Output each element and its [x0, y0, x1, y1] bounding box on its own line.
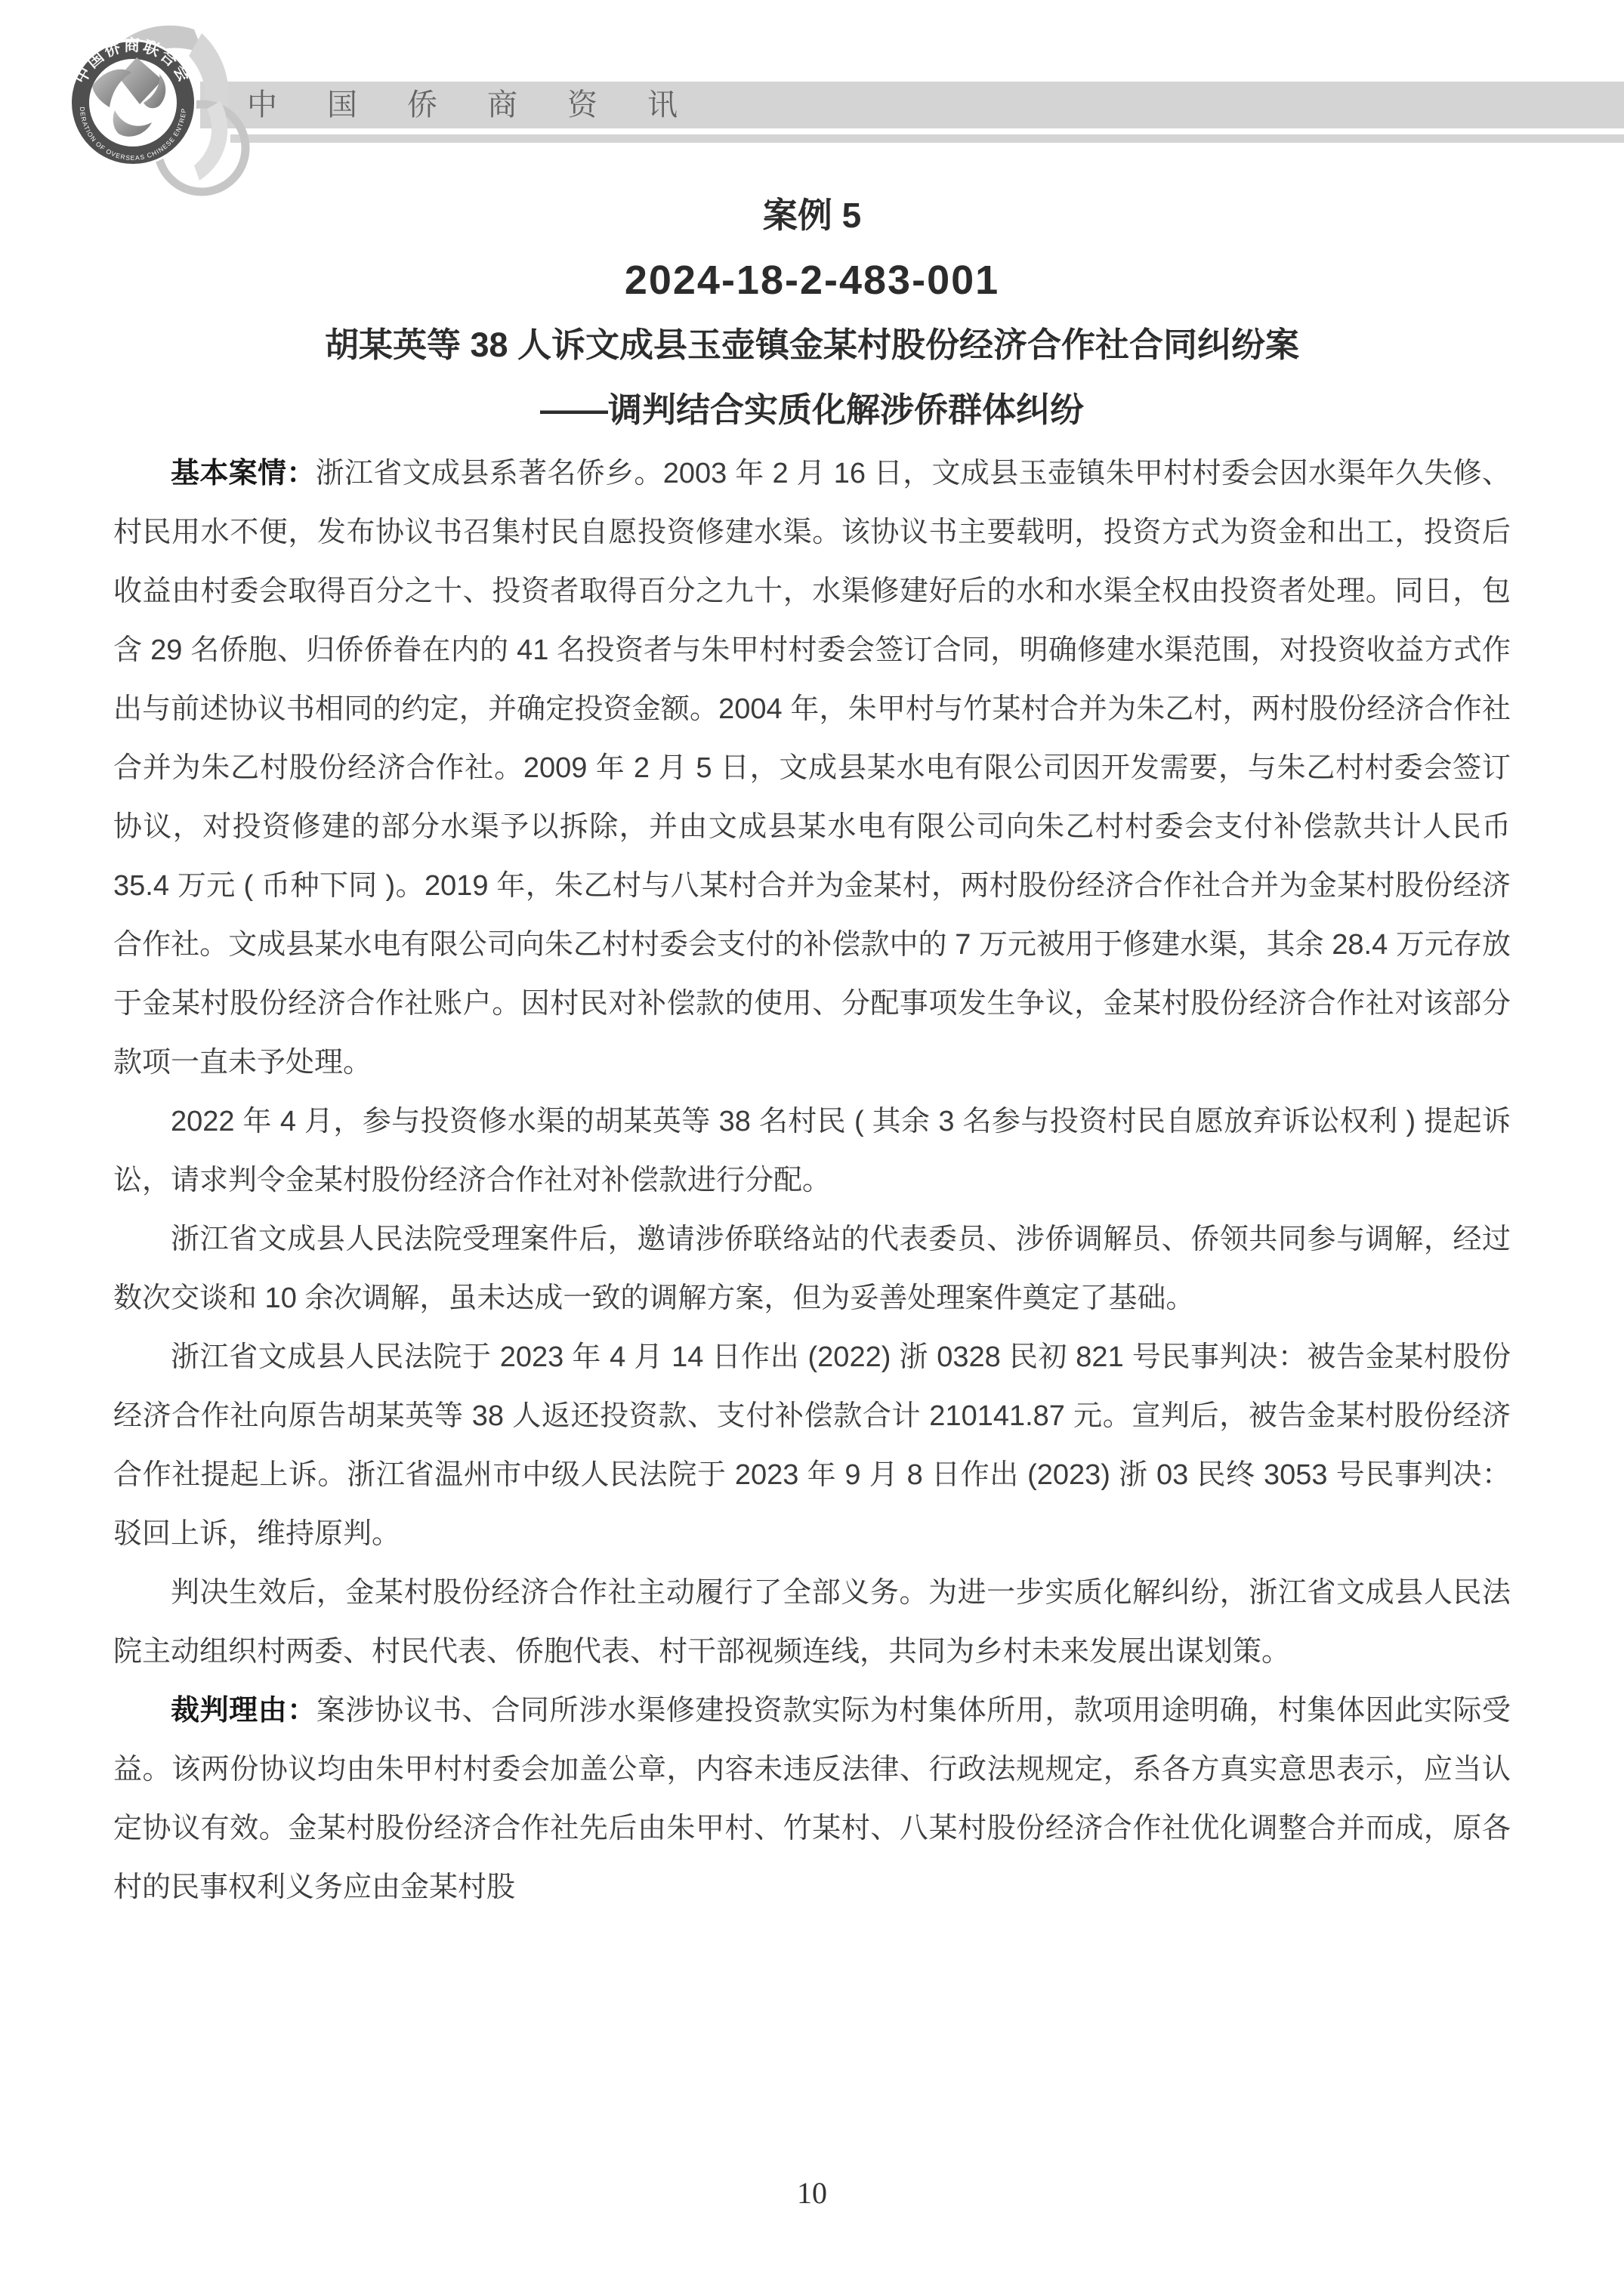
body-paragraph: 判决生效后，金某村股份经济合作社主动履行了全部义务。为进一步实质化解纠纷，浙江省… [113, 1563, 1511, 1681]
case-document: 案例 5 2024-18-2-483-001 胡某英等 38 人诉文成县玉壶镇金… [113, 144, 1511, 1917]
page-number: 10 [797, 2176, 827, 2210]
body-paragraph: 浙江省文成县人民法院受理案件后，邀请涉侨联络站的代表委员、涉侨调解员、侨领共同参… [113, 1210, 1511, 1328]
paragraph-text: 浙江省文成县人民法院受理案件后，邀请涉侨联络站的代表委员、涉侨调解员、侨领共同参… [113, 1224, 1511, 1314]
case-number: 2024-18-2-483-001 [113, 248, 1511, 313]
header-banner-rule [230, 134, 1624, 143]
case-label: 案例 5 [113, 183, 1511, 248]
body-paragraph: 浙江省文成县人民法院于 2023 年 4 月 14 日作出 (2022) 浙 0… [113, 1328, 1511, 1563]
paragraph-label: 裁判理由： [171, 1695, 316, 1727]
case-subtitle: ——调判结合实质化解涉侨群体纠纷 [113, 378, 1511, 443]
paragraphs: 基本案情：浙江省文成县系著名侨乡。2003 年 2 月 16 日，文成县玉壶镇朱… [113, 444, 1511, 1917]
federation-logo: 中国侨商联合会 CHINA FEDERATION OF OVERSEAS CHI… [39, 11, 273, 203]
body-paragraph: 基本案情：浙江省文成县系著名侨乡。2003 年 2 月 16 日，文成县玉壶镇朱… [113, 444, 1511, 1092]
banner-title: 中国侨商资讯 [200, 82, 1624, 128]
federation-logo-icon: 中国侨商联合会 CHINA FEDERATION OF OVERSEAS CHI… [39, 11, 273, 203]
header-banner: 中国侨商资讯 [200, 82, 1624, 128]
page: { "header": { "banner_title": "中国侨商资讯", … [0, 0, 1624, 2293]
paragraph-label: 基本案情： [171, 458, 316, 489]
body-paragraph: 裁判理由：案涉协议书、合同所涉水渠修建投资款实际为村集体所用，款项用途明确，村集… [113, 1681, 1511, 1917]
paragraph-text: 浙江省文成县系著名侨乡。2003 年 2 月 16 日，文成县玉壶镇朱甲村村委会… [113, 458, 1511, 1079]
page-footer: 10 [0, 2175, 1624, 2211]
body-paragraph: 2022 年 4 月，参与投资修水渠的胡某英等 38 名村民 ( 其余 3 名参… [113, 1092, 1511, 1210]
case-title: 胡某英等 38 人诉文成县玉壶镇金某村股份经济合作社合同纠纷案 [113, 313, 1511, 378]
paragraph-text: 2022 年 4 月，参与投资修水渠的胡某英等 38 名村民 ( 其余 3 名参… [113, 1106, 1511, 1196]
paragraph-text: 判决生效后，金某村股份经济合作社主动履行了全部义务。为进一步实质化解纠纷，浙江省… [113, 1577, 1511, 1668]
paragraph-text: 案涉协议书、合同所涉水渠修建投资款实际为村集体所用，款项用途明确，村集体因此实际… [113, 1695, 1511, 1903]
paragraph-text: 浙江省文成县人民法院于 2023 年 4 月 14 日作出 (2022) 浙 0… [113, 1341, 1511, 1550]
